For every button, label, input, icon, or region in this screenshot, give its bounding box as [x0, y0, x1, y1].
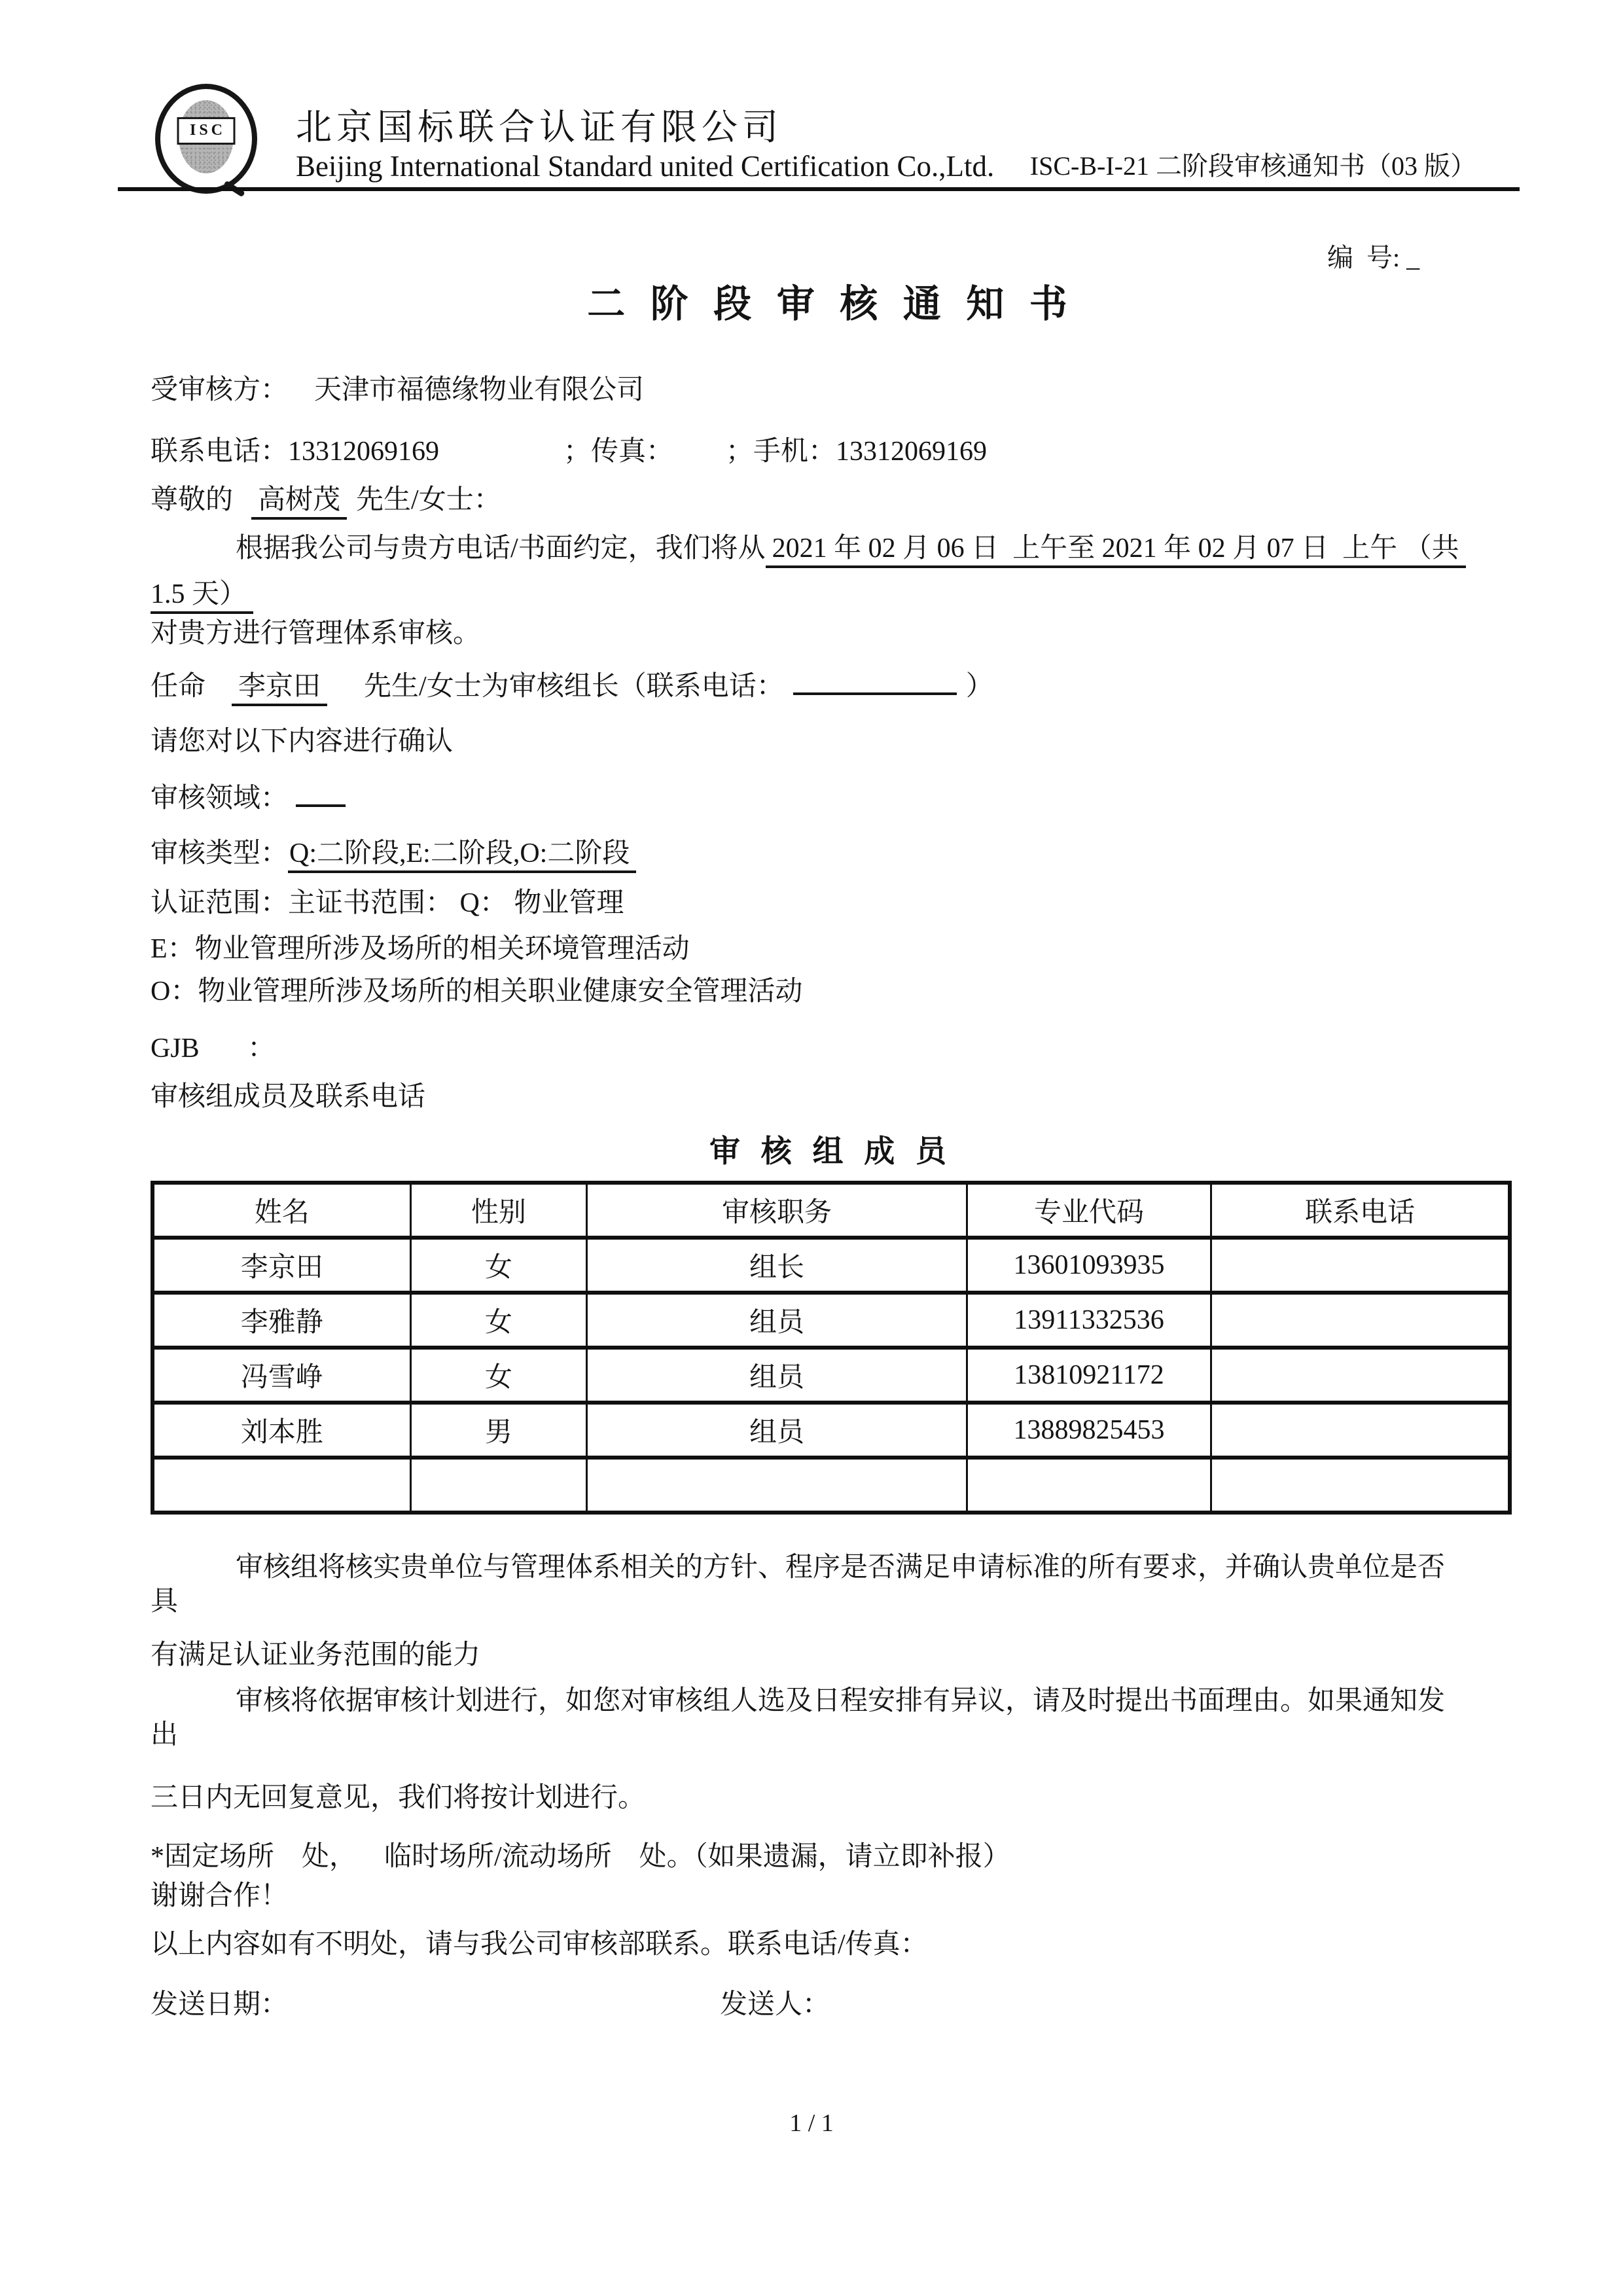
send-line: 发送日期：发送人：	[151, 1988, 1512, 2022]
closing-p1-line: 审核组将核实贵单位与管理体系相关的方针、程序是否满足申请标准的所有要求，并确认贵…	[151, 1551, 1512, 1585]
member-phone-cell	[1211, 1458, 1510, 1513]
audit-type-line: 审核类型：Q:二阶段,E:二阶段,O:二阶段	[151, 836, 1512, 870]
col-header-role: 审核职务	[587, 1183, 967, 1238]
salutation-name: 高树茂	[251, 485, 347, 520]
table-row: 李雅静 女 组员 13911332536	[152, 1293, 1510, 1348]
member-name-cell: 冯雪峥	[152, 1348, 410, 1403]
mobile-label: ；手机：	[726, 437, 836, 467]
member-name-cell: 刘本胜	[152, 1403, 410, 1458]
member-name-cell: 李雅静	[152, 1293, 410, 1348]
team-table-caption: 审 核 组 成 员	[151, 1132, 1512, 1172]
fax-label: ；传真：	[563, 437, 673, 467]
member-role-cell: 组员	[587, 1293, 967, 1348]
closing-p4-line: 三日内无回复意见，我们将按计划进行。	[151, 1781, 1512, 1815]
member-name-cell	[152, 1458, 410, 1513]
send-date-label: 发送日期：	[151, 1990, 288, 2020]
closing-p2-line: 有满足认证业务范围的能力	[151, 1638, 1512, 1672]
sites-line: *固定场所 处， 临时场所/流动场所 处。（如果遗漏，请立即补报）	[151, 1840, 1512, 1874]
phone-label: 联系电话：	[151, 437, 288, 467]
audit-team-table: 姓名 性别 审核职务 专业代码 联系电话 李京田 女 组长 1360109393…	[151, 1181, 1512, 1515]
member-code-cell: 13601093935	[967, 1238, 1211, 1293]
scope-e-line: E：物业管理所涉及场所的相关环境管理活动	[151, 932, 1512, 966]
schedule-lead: 根据我公司与贵方电话/书面约定，我们将从	[236, 533, 766, 564]
auditee-line: 受审核方：天津市福德缘物业有限公司	[151, 373, 1512, 407]
document-body: 二 阶 段 审 核 通 知 书 受审核方：天津市福德缘物业有限公司 联系电话：1…	[0, 0, 1623, 2022]
member-gender-cell: 男	[410, 1403, 587, 1458]
audit-field-line: 审核领域：	[151, 777, 1512, 816]
member-gender-cell: 女	[410, 1348, 587, 1403]
cert-scope-value: 主证书范围： Q： 物业管理	[288, 888, 624, 918]
appoint-suffix: ）	[966, 672, 993, 702]
contacts-line: 联系电话：13312069169；传真：；手机：13312069169	[151, 435, 1512, 469]
schedule-line-cont: 1.5 天）	[151, 577, 1512, 611]
member-role-cell: 组员	[587, 1348, 967, 1403]
scope-o-line: O：物业管理所涉及场所的相关职业健康安全管理活动	[151, 975, 1512, 1009]
appoint-middle: 先生/女士为审核组长（联系电话：	[364, 672, 784, 702]
member-phone-cell	[1211, 1293, 1510, 1348]
sender-label: 发送人：	[720, 1990, 830, 2020]
member-name-cell: 李京田	[152, 1238, 410, 1293]
member-code-cell	[967, 1458, 1211, 1513]
member-code-cell: 13810921172	[967, 1348, 1211, 1403]
audit-type-value: Q:二阶段,E:二阶段,O:二阶段	[288, 838, 636, 873]
table-row: 李京田 女 组长 13601093935	[152, 1238, 1510, 1293]
mobile-value: 13312069169	[836, 437, 987, 467]
closing-p3-line: 审核将依据审核计划进行，如您对审核组人选及日程安排有异议，请及时提出书面理由。如…	[151, 1684, 1512, 1718]
salutation-line: 尊敬的高树茂先生/女士：	[151, 483, 1512, 517]
salutation-suffix: 先生/女士：	[356, 485, 501, 515]
schedule-tail-line: 对贵方进行管理体系审核。	[151, 617, 1512, 651]
member-phone-cell	[1211, 1403, 1510, 1458]
gjb-line: GJB ：	[151, 1031, 1512, 1066]
auditee-label: 受审核方：	[151, 375, 288, 405]
audit-type-label: 审核类型：	[151, 838, 288, 869]
appointment-line: 任命李京田先生/女士为审核组长（联系电话：）	[151, 665, 1512, 704]
appoint-leader-name: 李京田	[232, 672, 327, 706]
member-gender-cell: 女	[410, 1293, 587, 1348]
table-header-row: 姓名 性别 审核职务 专业代码 联系电话	[152, 1183, 1510, 1238]
schedule-period: 2021 年 02 月 06 日 上午至 2021 年 02 月 07 日 上午…	[766, 533, 1466, 568]
schedule-period-cont: 1.5 天）	[151, 579, 253, 614]
col-header-phone: 联系电话	[1211, 1183, 1510, 1238]
closing-p3-cont-line: 出	[151, 1718, 1512, 1752]
table-row: 冯雪峥 女 组员 13810921172	[152, 1348, 1510, 1403]
col-header-name: 姓名	[152, 1183, 410, 1238]
member-code-cell: 13911332536	[967, 1293, 1211, 1348]
member-gender-cell	[410, 1458, 587, 1513]
col-header-code: 专业代码	[967, 1183, 1211, 1238]
contact-note-line: 以上内容如有不明处，请与我公司审核部联系。联系电话/传真：	[151, 1928, 1512, 1962]
member-gender-cell: 女	[410, 1238, 587, 1293]
member-role-cell: 组长	[587, 1238, 967, 1293]
cert-scope-line: 认证范围：主证书范围： Q： 物业管理	[151, 886, 1512, 920]
member-phone-cell	[1211, 1238, 1510, 1293]
audit-field-blank	[296, 777, 346, 807]
auditee-value: 天津市福德缘物业有限公司	[314, 375, 644, 405]
schedule-line: 根据我公司与贵方电话/书面约定，我们将从2021 年 02 月 06 日 上午至…	[151, 531, 1512, 565]
page-title: 二 阶 段 审 核 通 知 书	[151, 281, 1512, 327]
member-role-cell	[587, 1458, 967, 1513]
salutation-prefix: 尊敬的	[151, 485, 233, 515]
leader-phone-blank	[793, 665, 957, 695]
page-number: 1 / 1	[0, 2109, 1623, 2138]
team-intro-line: 审核组成员及联系电话	[151, 1080, 1512, 1114]
table-row: 刘本胜 男 组员 13889825453	[152, 1403, 1510, 1458]
closing-p1-cont-line: 具	[151, 1585, 1512, 1619]
table-row-empty	[152, 1458, 1510, 1513]
member-phone-cell	[1211, 1348, 1510, 1403]
col-header-gender: 性别	[410, 1183, 587, 1238]
appoint-prefix: 任命	[151, 672, 205, 702]
confirm-note-line: 请您对以下内容进行确认	[151, 725, 1512, 759]
member-role-cell: 组员	[587, 1403, 967, 1458]
audit-field-label: 审核领域：	[151, 783, 288, 814]
cert-scope-label: 认证范围：	[151, 888, 288, 918]
thanks-line: 谢谢合作！	[151, 1879, 1512, 1913]
document-page: ISC 北京国标联合认证有限公司 Beijing International S…	[0, 0, 1623, 2296]
phone-value: 13312069169	[288, 437, 439, 467]
member-code-cell: 13889825453	[967, 1403, 1211, 1458]
